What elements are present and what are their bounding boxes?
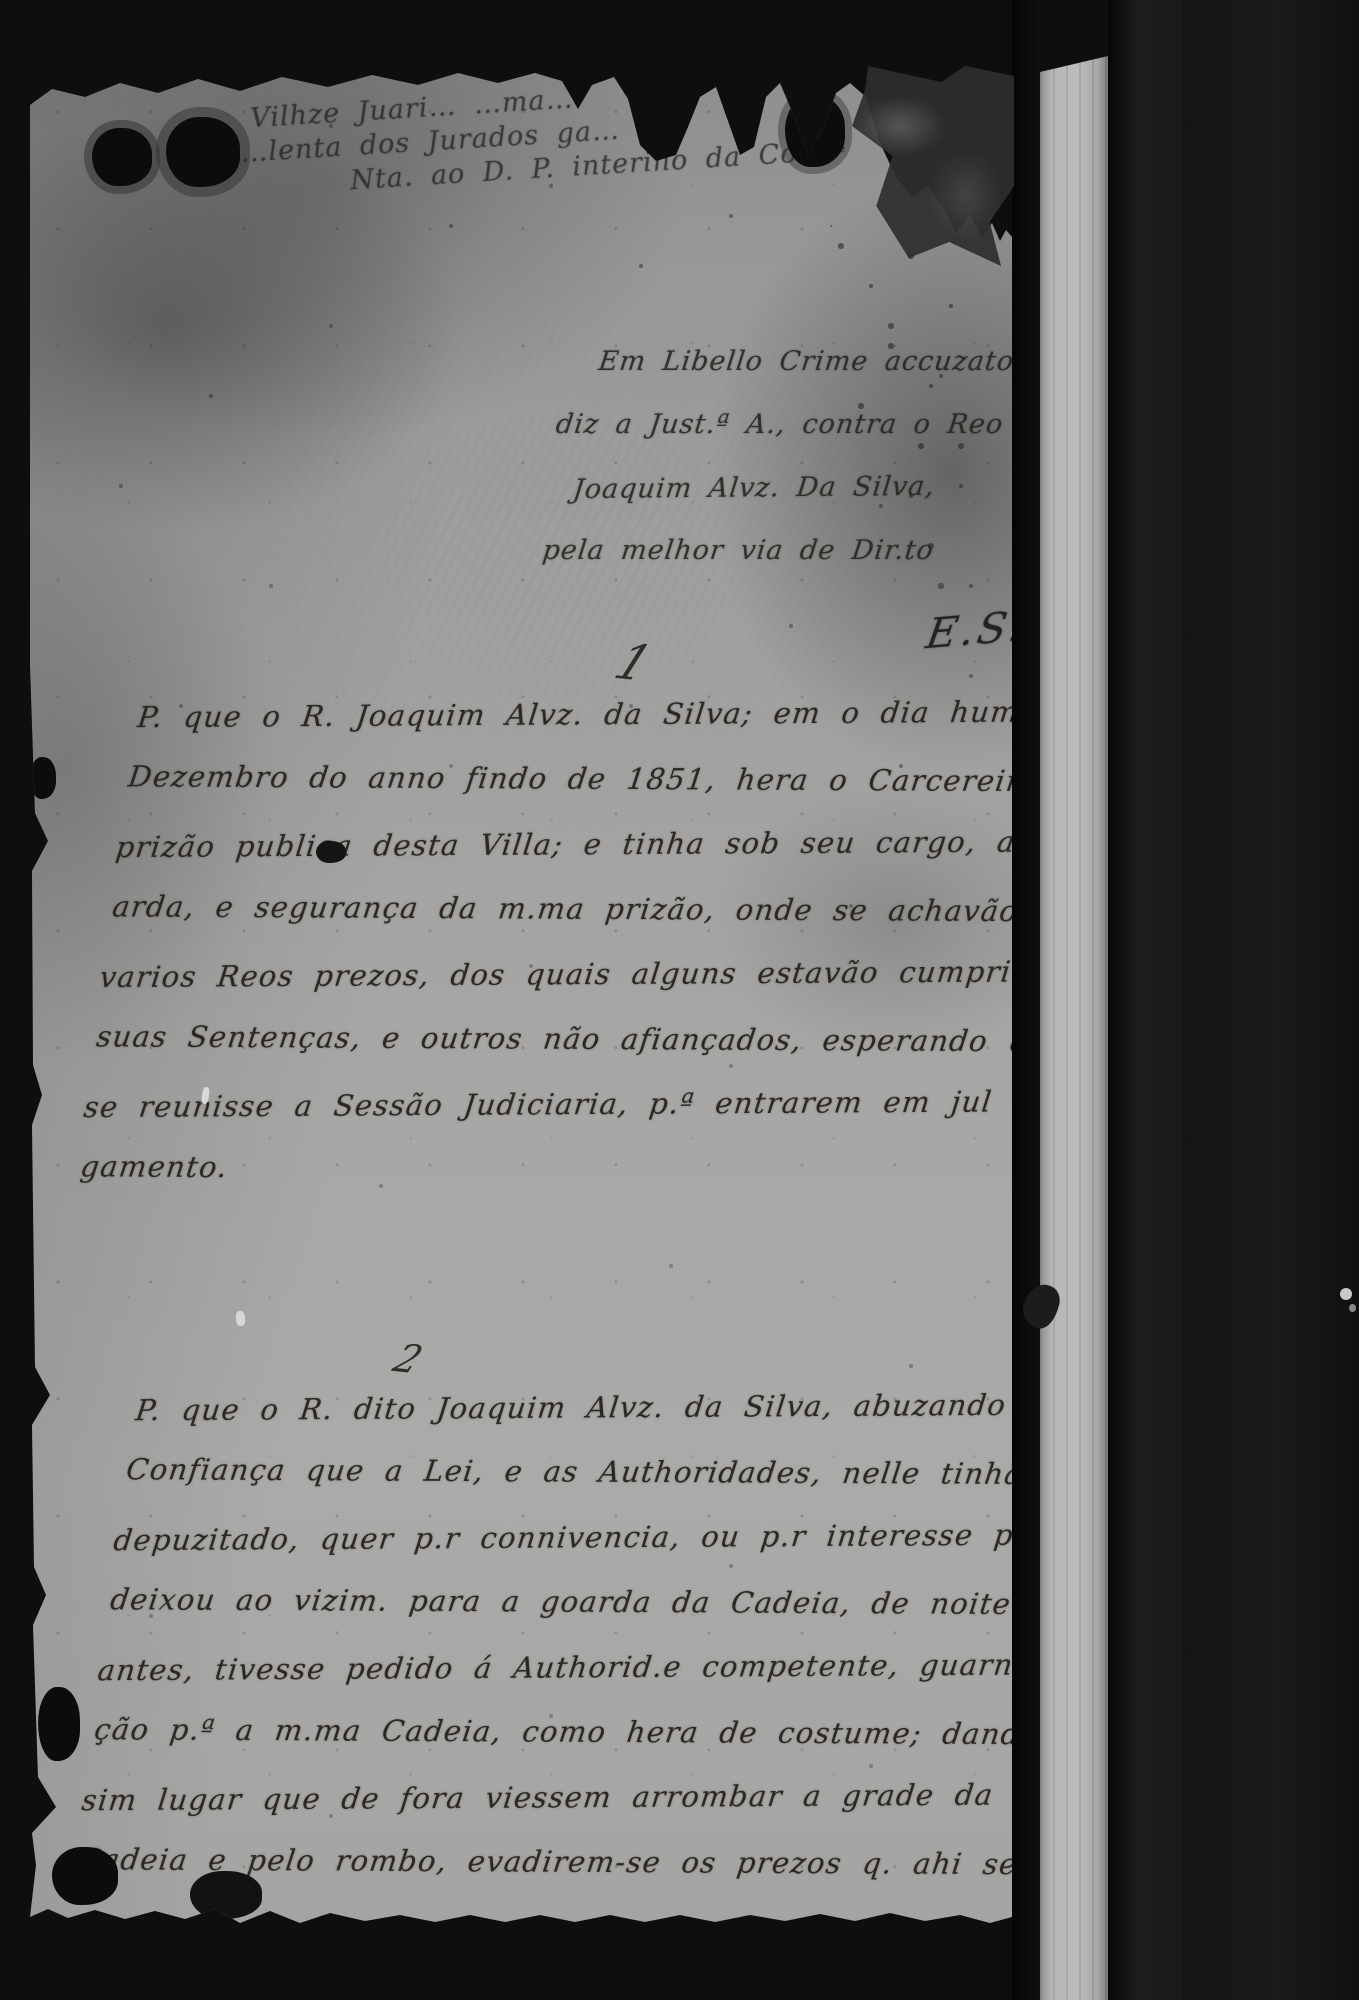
article-1-line-7: se reunisse a Sessão Judiciaria, p.ª ent… xyxy=(82,1087,1112,1122)
archive-annotation: Vilhze Juari… …ma……lenta dos Jurados ga…… xyxy=(249,67,848,205)
tear-shadow xyxy=(38,1687,80,1761)
paper-fleck xyxy=(1340,1288,1352,1300)
paper-scratch xyxy=(235,1311,246,1327)
manuscript-page: Vilhze Juari… …ma……lenta dos Jurados ga…… xyxy=(30,65,1012,1925)
article-1-text: P. que o R. Joaquim Alvz. da Silva; em o… xyxy=(70,700,1160,1220)
petition-heading: Em Libello Crime accuzatorio,diz a Just.… xyxy=(535,348,1067,600)
article-1-line-1: P. que o R. Joaquim Alvz. da Silva; em o… xyxy=(136,697,1160,732)
article-1-line-8: gamento. xyxy=(79,1152,1104,1186)
ink-hole xyxy=(92,128,152,186)
tear-shadow xyxy=(30,757,56,799)
article-1-line-4: arda, e segurança da m.ma prizão, onde s… xyxy=(111,892,1136,926)
tear-shadow xyxy=(190,1871,262,1919)
paper-fleck xyxy=(1349,1304,1356,1312)
heading-line-3: Joaquim Alvz. Da Silva, xyxy=(572,472,1051,503)
heading-line-2: diz a Just.ª A., contra o Reo xyxy=(554,411,1058,438)
ink-blot xyxy=(316,841,346,863)
article-1-line-5: varios Reos prezos, dos quais alguns est… xyxy=(98,957,1128,992)
foxing-specks-dense xyxy=(830,225,832,227)
ink-hole xyxy=(785,95,845,167)
page-gutter-shadow xyxy=(1012,0,1040,2000)
article-2-line-6: ção p.ª a m.ma Cadeia, como hera de cost… xyxy=(93,1715,1160,1750)
tear-shadow xyxy=(52,1847,118,1905)
article-1-number: 1 xyxy=(607,634,660,693)
heading-line-4: pela melhor via de Dir.to xyxy=(541,537,1043,564)
article-2-line-5: antes, tivesse pedido á Authorid.e compe… xyxy=(96,1650,1168,1686)
foxing-specks xyxy=(30,65,32,67)
article-2-line-7: sim lugar que de fora viessem arrombar a… xyxy=(80,1780,1152,1816)
ink-hole xyxy=(166,117,240,187)
scanned-document-view: Vilhze Juari… …ma……lenta dos Jurados ga…… xyxy=(0,0,1359,2000)
ink-hole xyxy=(730,103,756,137)
background-band xyxy=(1182,0,1359,2000)
article-1-line-6: suas Sentenças, e outros não afiançados,… xyxy=(95,1022,1120,1056)
heading-line-1: Em Libello Crime accuzatorio, xyxy=(597,348,1066,375)
article-2-number: 2 xyxy=(387,1336,429,1382)
adjacent-page-edge xyxy=(1040,56,1108,2000)
background-band xyxy=(1108,0,1182,2000)
article-1-line-3: prizão publica desta Villa; e tinha sob … xyxy=(114,827,1144,862)
article-1-line-2: Dezembro do anno findo de 1851, hera o C… xyxy=(127,762,1152,796)
